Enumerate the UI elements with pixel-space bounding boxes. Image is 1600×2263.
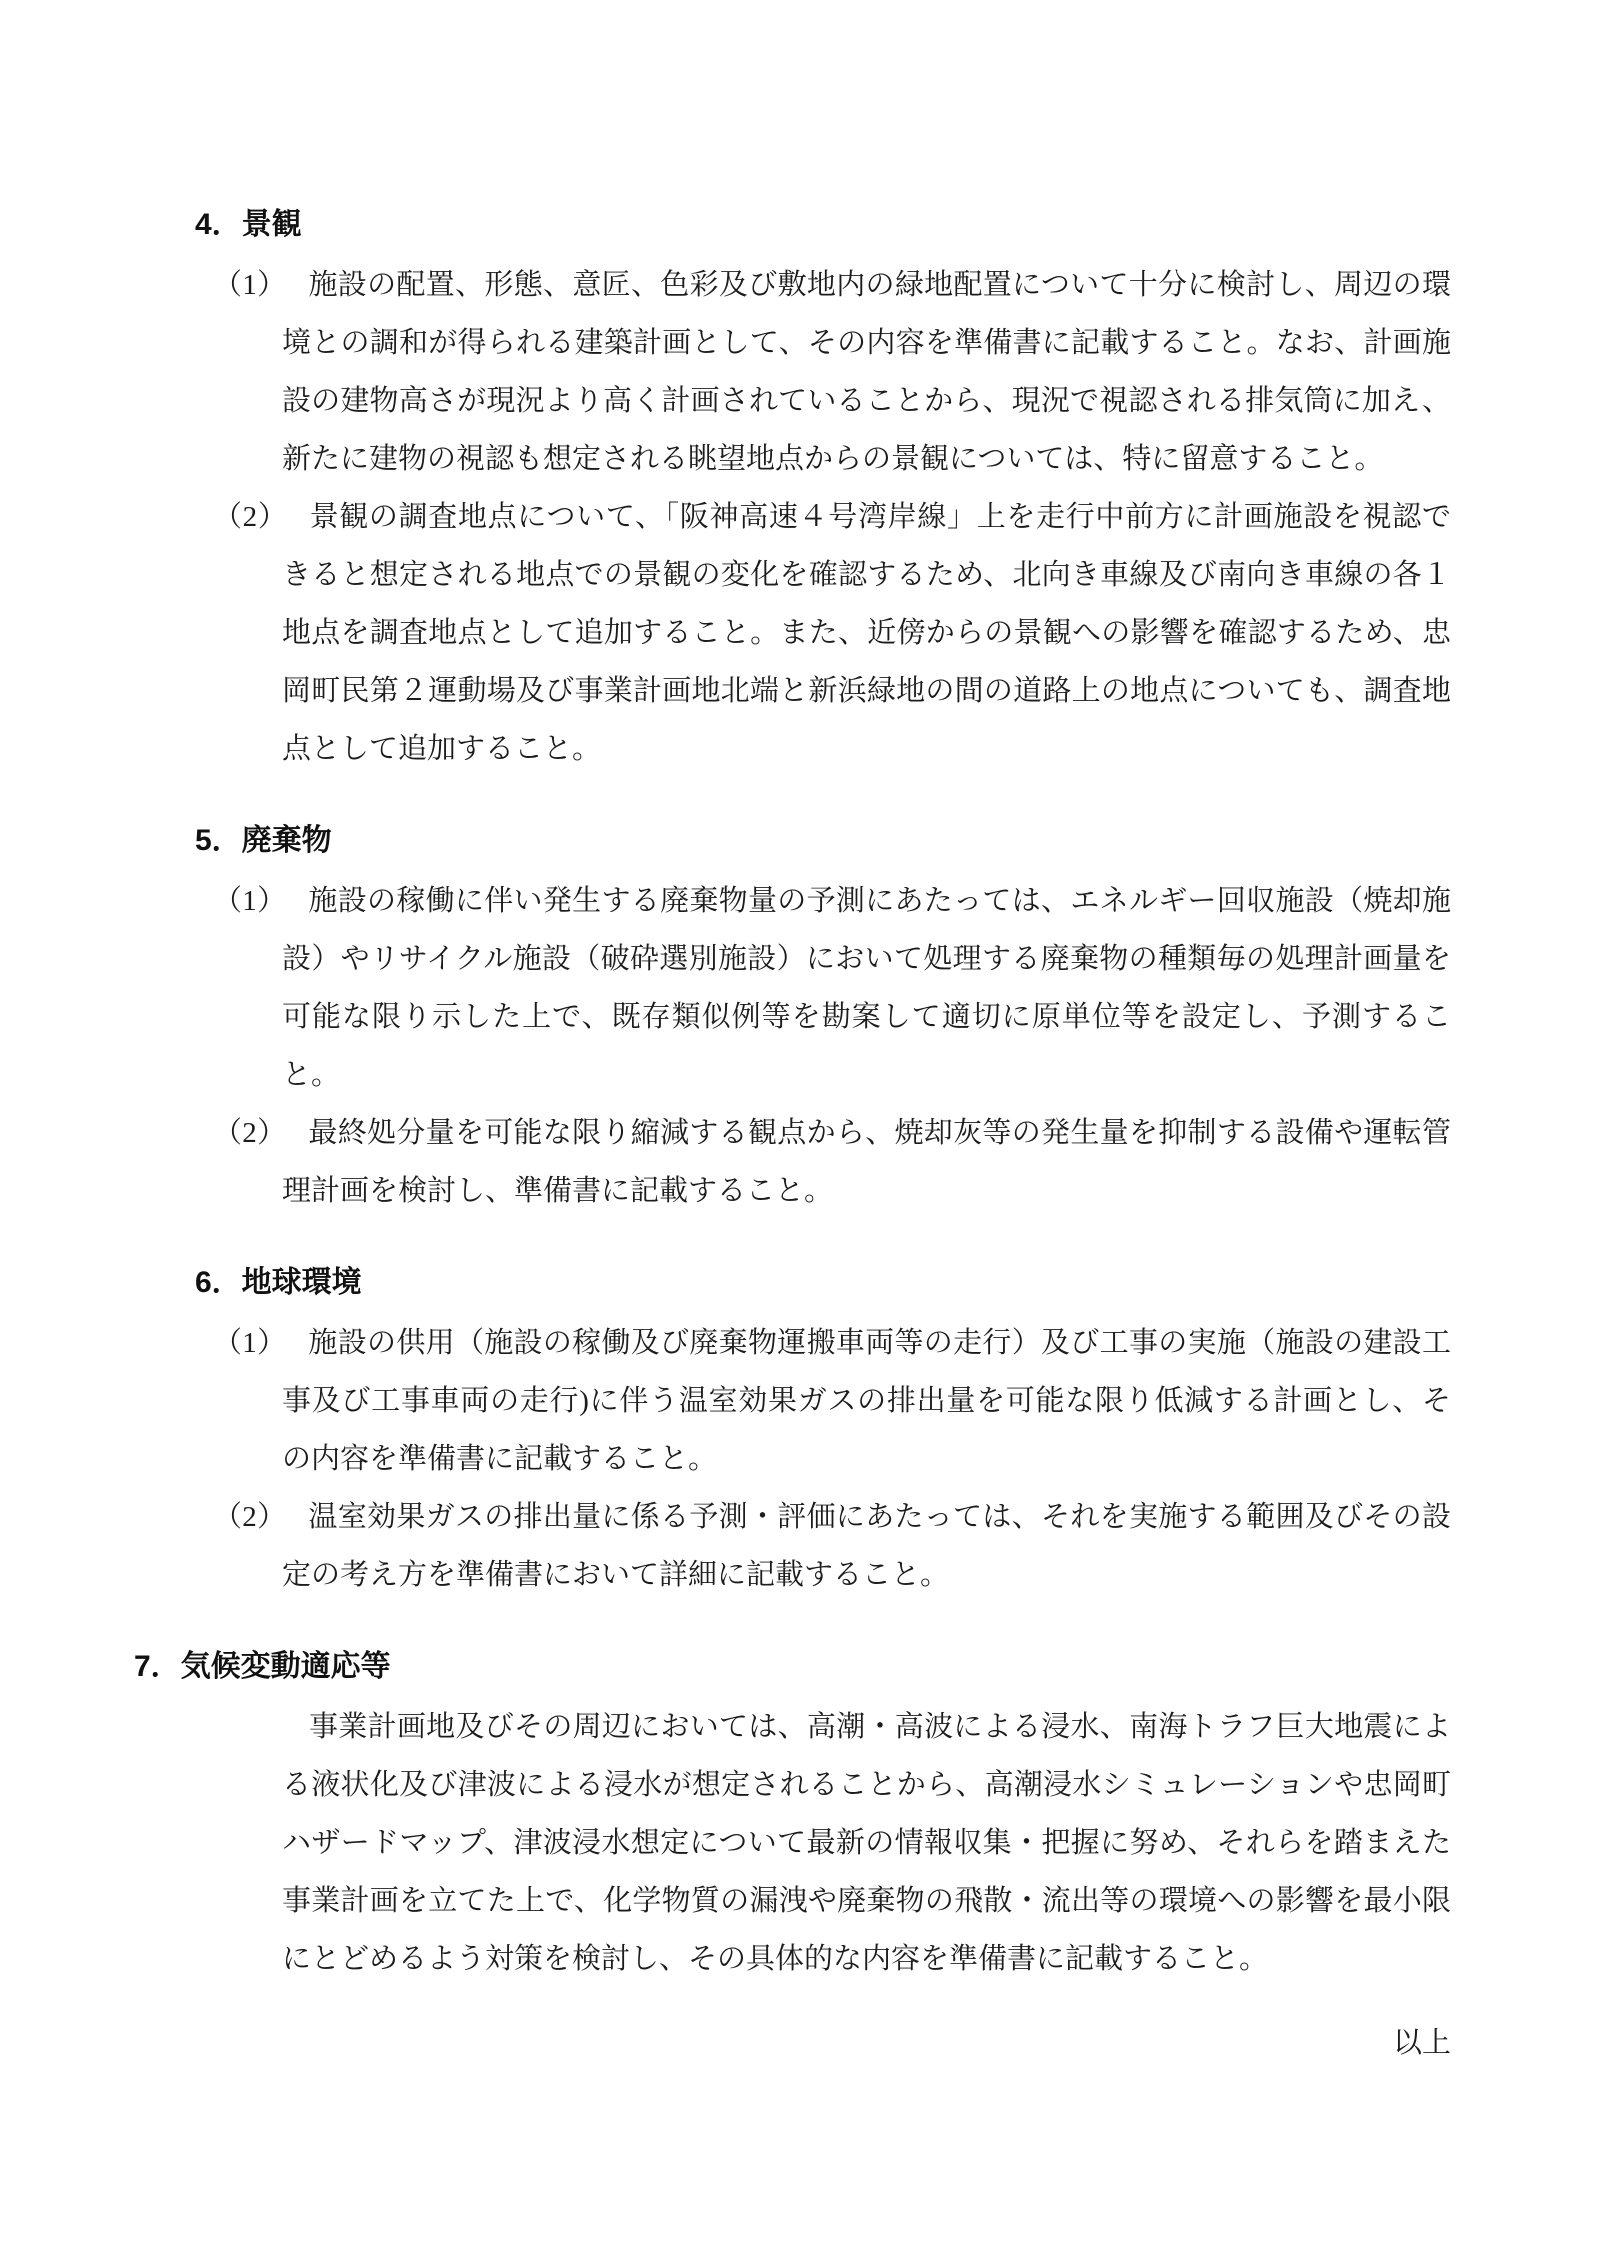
item-number: （1）: [213, 885, 286, 917]
document-page: 4．景観 （1）施設の配置、形態、意匠、色彩及び敷地内の緑地配置について十分に検…: [0, 0, 1600, 2263]
numbered-item: （1）施設の供用（施設の稼働及び廃棄物運搬車両等の走行）及び工事の実施（施設の建…: [213, 1314, 1451, 1488]
numbered-item: （2）温室効果ガスの排出量に係る予測・評価にあたっては、それを実施する範囲及びそ…: [213, 1488, 1451, 1604]
section-heading-waste: 5．廃棄物: [195, 812, 1451, 870]
item-text: 施設の稼働に伴い発生する廃棄物量の予測にあたっては、エネルギー回収施設（焼却施設…: [282, 885, 1451, 1091]
section-global-environment: 6．地球環境 （1）施設の供用（施設の稼働及び廃棄物運搬車両等の走行）及び工事の…: [134, 1254, 1451, 1604]
item-number: （2）: [213, 1117, 286, 1149]
item-text: 景観の調査地点について、「阪神高速４号湾岸線」上を走行中前方に計画施設を視認でき…: [282, 501, 1451, 765]
item-number: （2）: [213, 1501, 286, 1533]
section-waste: 5．廃棄物 （1）施設の稼働に伴い発生する廃棄物量の予測にあたっては、エネルギー…: [134, 812, 1451, 1220]
section-paragraph: 事業計画地及びその周辺においては、高潮・高波による浸水、南海トラフ巨大地震による…: [134, 1698, 1451, 1988]
numbered-item: （2）景観の調査地点について、「阪神高速４号湾岸線」上を走行中前方に計画施設を視…: [213, 488, 1451, 778]
section-heading-climate-adaptation: 7．気候変動適応等: [134, 1638, 1451, 1696]
section-landscape: 4．景観 （1）施設の配置、形態、意匠、色彩及び敷地内の緑地配置について十分に検…: [134, 196, 1451, 778]
numbered-item: （1）施設の配置、形態、意匠、色彩及び敷地内の緑地配置について十分に検討し、周辺…: [213, 256, 1451, 488]
item-number: （1）: [213, 1327, 286, 1359]
numbered-item: （1）施設の稼働に伴い発生する廃棄物量の予測にあたっては、エネルギー回収施設（焼…: [213, 872, 1451, 1104]
item-text: 施設の配置、形態、意匠、色彩及び敷地内の緑地配置について十分に検討し、周辺の環境…: [282, 269, 1451, 475]
item-number: （2）: [213, 501, 288, 533]
numbered-item: （2）最終処分量を可能な限り縮減する観点から、焼却灰等の発生量を抑制する設備や運…: [213, 1104, 1451, 1220]
section-climate-adaptation: 7．気候変動適応等 事業計画地及びその周辺においては、高潮・高波による浸水、南海…: [134, 1638, 1451, 1988]
section-heading-global-environment: 6．地球環境: [195, 1254, 1451, 1312]
item-text: 最終処分量を可能な限り縮減する観点から、焼却灰等の発生量を抑制する設備や運転管理…: [282, 1117, 1451, 1207]
item-number: （1）: [213, 269, 286, 301]
closing-word: 以上: [134, 2014, 1451, 2072]
item-text: 施設の供用（施設の稼働及び廃棄物運搬車両等の走行）及び工事の実施（施設の建設工事…: [282, 1327, 1451, 1475]
section-heading-landscape: 4．景観: [195, 196, 1451, 254]
item-text: 温室効果ガスの排出量に係る予測・評価にあたっては、それを実施する範囲及びその設定…: [282, 1501, 1451, 1591]
